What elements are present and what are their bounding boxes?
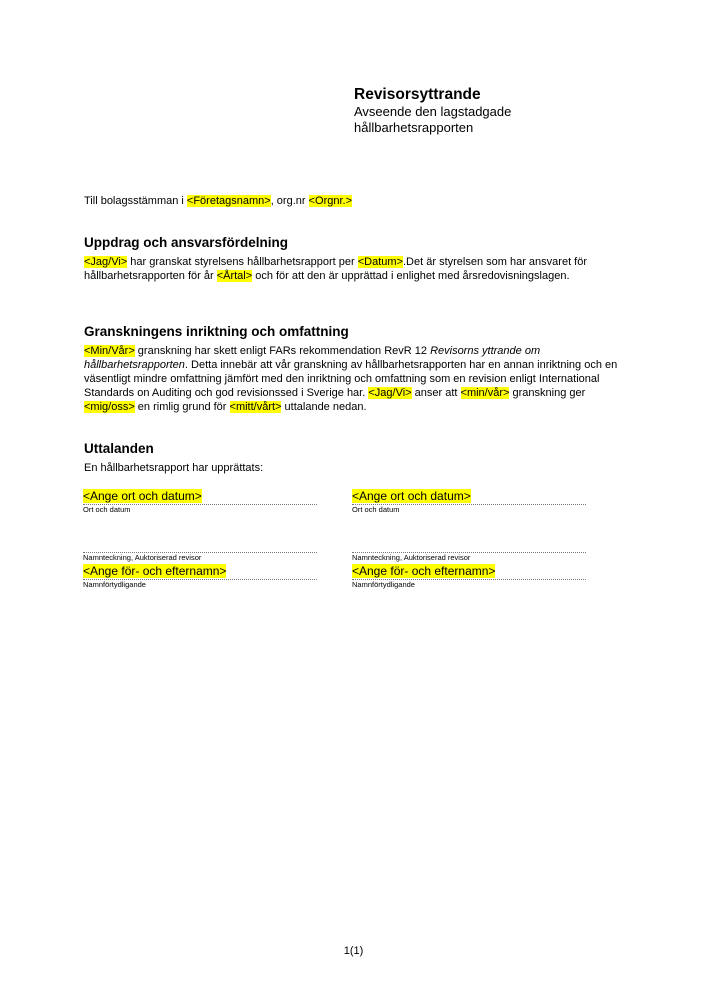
orgnr-placeholder[interactable]: <Orgnr.>	[309, 195, 352, 207]
signature-block-1: <Ange ort och datum> Ort och datum Namnt…	[83, 489, 317, 589]
page-number: 1(1)	[0, 945, 707, 957]
min-var-placeholder[interactable]: <Min/Vår>	[84, 345, 135, 357]
mig-oss-placeholder[interactable]: <mig/oss>	[84, 401, 135, 413]
section-heading-assignment: Uppdrag och ansvarsfördelning	[84, 235, 288, 251]
addressee-line: Till bolagsstämman i <Företagsnamn>, org…	[84, 194, 624, 208]
min-var-placeholder-2[interactable]: <min/vår>	[461, 387, 510, 399]
name-field[interactable]: <Ange för- och efternamn>	[83, 564, 317, 578]
signature-block-2: <Ange ort och datum> Ort och datum Namnt…	[352, 489, 586, 589]
year-placeholder[interactable]: <Årtal>	[217, 270, 252, 282]
document-title: Revisorsyttrande	[354, 85, 511, 104]
assignment-paragraph: <Jag/Vi> har granskat styrelsens hållbar…	[84, 255, 624, 283]
name-clarification-label: Namnförtydligande	[352, 580, 586, 589]
section-heading-scope: Granskningens inriktning och omfattning	[84, 324, 349, 340]
date-placeholder[interactable]: <Datum>	[358, 256, 403, 268]
signature-label: Namnteckning, Auktoriserad revisor	[83, 553, 317, 562]
signature-label: Namnteckning, Auktoriserad revisor	[352, 553, 586, 562]
company-name-placeholder[interactable]: <Företagsnamn>	[187, 195, 271, 207]
mitt-vart-placeholder[interactable]: <mitt/vårt>	[230, 401, 282, 413]
document-subtitle-line1: Avseende den lagstadgade	[354, 104, 511, 120]
jag-vi-placeholder-2[interactable]: <Jag/Vi>	[368, 387, 411, 399]
document-subtitle-line2: hållbarhetsrapporten	[354, 120, 511, 136]
place-date-label: Ort och datum	[83, 505, 317, 514]
name-field[interactable]: <Ange för- och efternamn>	[352, 564, 586, 578]
place-date-label: Ort och datum	[352, 505, 586, 514]
section-heading-statements: Uttalanden	[84, 441, 154, 457]
place-date-field[interactable]: <Ange ort och datum>	[83, 489, 317, 503]
jag-vi-placeholder[interactable]: <Jag/Vi>	[84, 256, 127, 268]
name-clarification-label: Namnförtydligande	[83, 580, 317, 589]
place-date-field[interactable]: <Ange ort och datum>	[352, 489, 586, 503]
scope-paragraph: <Min/Vår> granskning har skett enligt FA…	[84, 344, 624, 414]
title-block: Revisorsyttrande Avseende den lagstadgad…	[354, 85, 511, 136]
statements-intro: En hållbarhetsrapport har upprättats:	[84, 461, 624, 475]
